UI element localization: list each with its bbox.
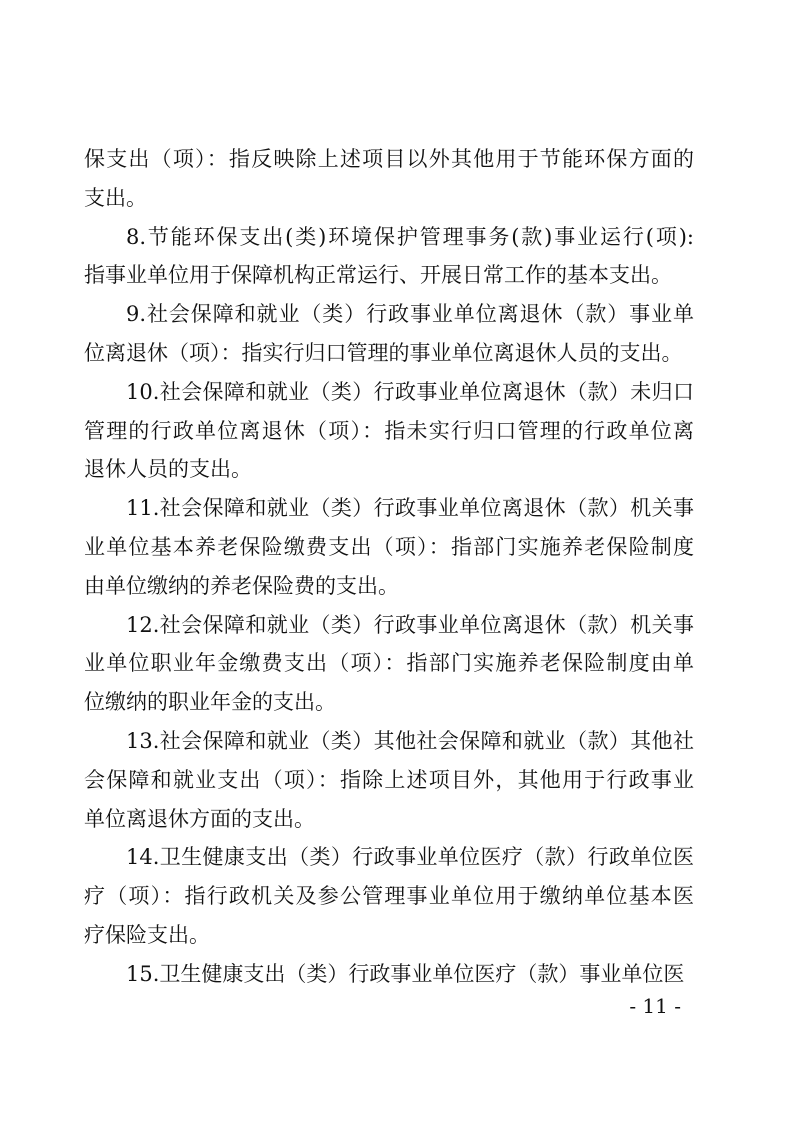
text-line: 疗保险支出。: [84, 916, 694, 955]
text-line: 指事业单位用于保障机构正常运行、开展日常工作的基本支出。: [84, 256, 694, 295]
page-number: - 11 -: [629, 994, 681, 1018]
paragraph: 8.节能环保支出(类)环境保护管理事务(款)事业运行(项):指事业单位用于保障机…: [84, 218, 694, 296]
paragraph: 13.社会保障和就业（类）其他社会保障和就业（款）其他社会保障和就业支出（项）：…: [84, 722, 694, 838]
text-line: 13.社会保障和就业（类）其他社会保障和就业（款）其他社: [84, 722, 694, 761]
paragraph: 11.社会保障和就业（类）行政事业单位离退休（款）机关事业单位基本养老保险缴费支…: [84, 489, 694, 605]
paragraph: 14.卫生健康支出（类）行政事业单位医疗（款）行政单位医疗（项）：指行政机关及参…: [84, 838, 694, 954]
text-line: 位离退休（项）：指实行归口管理的事业单位离退休人员的支出。: [84, 334, 694, 373]
document-body: 保支出（项）：指反映除上述项目以外其他用于节能环保方面的支出。8.节能环保支出(…: [84, 140, 694, 994]
text-line: 由单位缴纳的养老保险费的支出。: [84, 567, 694, 606]
text-line: 管理的行政单位离退休（项）：指未实行归口管理的行政单位离: [84, 412, 694, 451]
text-line: 退休人员的支出。: [84, 450, 694, 489]
text-line: 保支出（项）：指反映除上述项目以外其他用于节能环保方面的: [84, 140, 694, 179]
paragraph: 12.社会保障和就业（类）行政事业单位离退休（款）机关事业单位职业年金缴费支出（…: [84, 606, 694, 722]
text-line: 会保障和就业支出（项）：指除上述项目外，其他用于行政事业: [84, 761, 694, 800]
text-line: 疗（项）：指行政机关及参公管理事业单位用于缴纳单位基本医: [84, 877, 694, 916]
paragraph: 15.卫生健康支出（类）行政事业单位医疗（款）事业单位医: [84, 955, 694, 994]
text-line: 10.社会保障和就业（类）行政事业单位离退休（款）未归口: [84, 373, 694, 412]
text-line: 单位离退休方面的支出。: [84, 800, 694, 839]
paragraph: 10.社会保障和就业（类）行政事业单位离退休（款）未归口管理的行政单位离退休（项…: [84, 373, 694, 489]
document-page: 保支出（项）：指反映除上述项目以外其他用于节能环保方面的支出。8.节能环保支出(…: [0, 0, 793, 1122]
text-line: 8.节能环保支出(类)环境保护管理事务(款)事业运行(项):: [84, 218, 694, 257]
text-line: 位缴纳的职业年金的支出。: [84, 683, 694, 722]
text-line: 12.社会保障和就业（类）行政事业单位离退休（款）机关事: [84, 606, 694, 645]
paragraph: 9.社会保障和就业（类）行政事业单位离退休（款）事业单位离退休（项）：指实行归口…: [84, 295, 694, 373]
text-line: 9.社会保障和就业（类）行政事业单位离退休（款）事业单: [84, 295, 694, 334]
text-line: 业单位职业年金缴费支出（项）：指部门实施养老保险制度由单: [84, 644, 694, 683]
text-line: 15.卫生健康支出（类）行政事业单位医疗（款）事业单位医: [84, 955, 694, 994]
text-line: 业单位基本养老保险缴费支出（项）：指部门实施养老保险制度: [84, 528, 694, 567]
paragraph: 保支出（项）：指反映除上述项目以外其他用于节能环保方面的支出。: [84, 140, 694, 218]
text-line: 支出。: [84, 179, 694, 218]
text-line: 11.社会保障和就业（类）行政事业单位离退休（款）机关事: [84, 489, 694, 528]
text-line: 14.卫生健康支出（类）行政事业单位医疗（款）行政单位医: [84, 838, 694, 877]
